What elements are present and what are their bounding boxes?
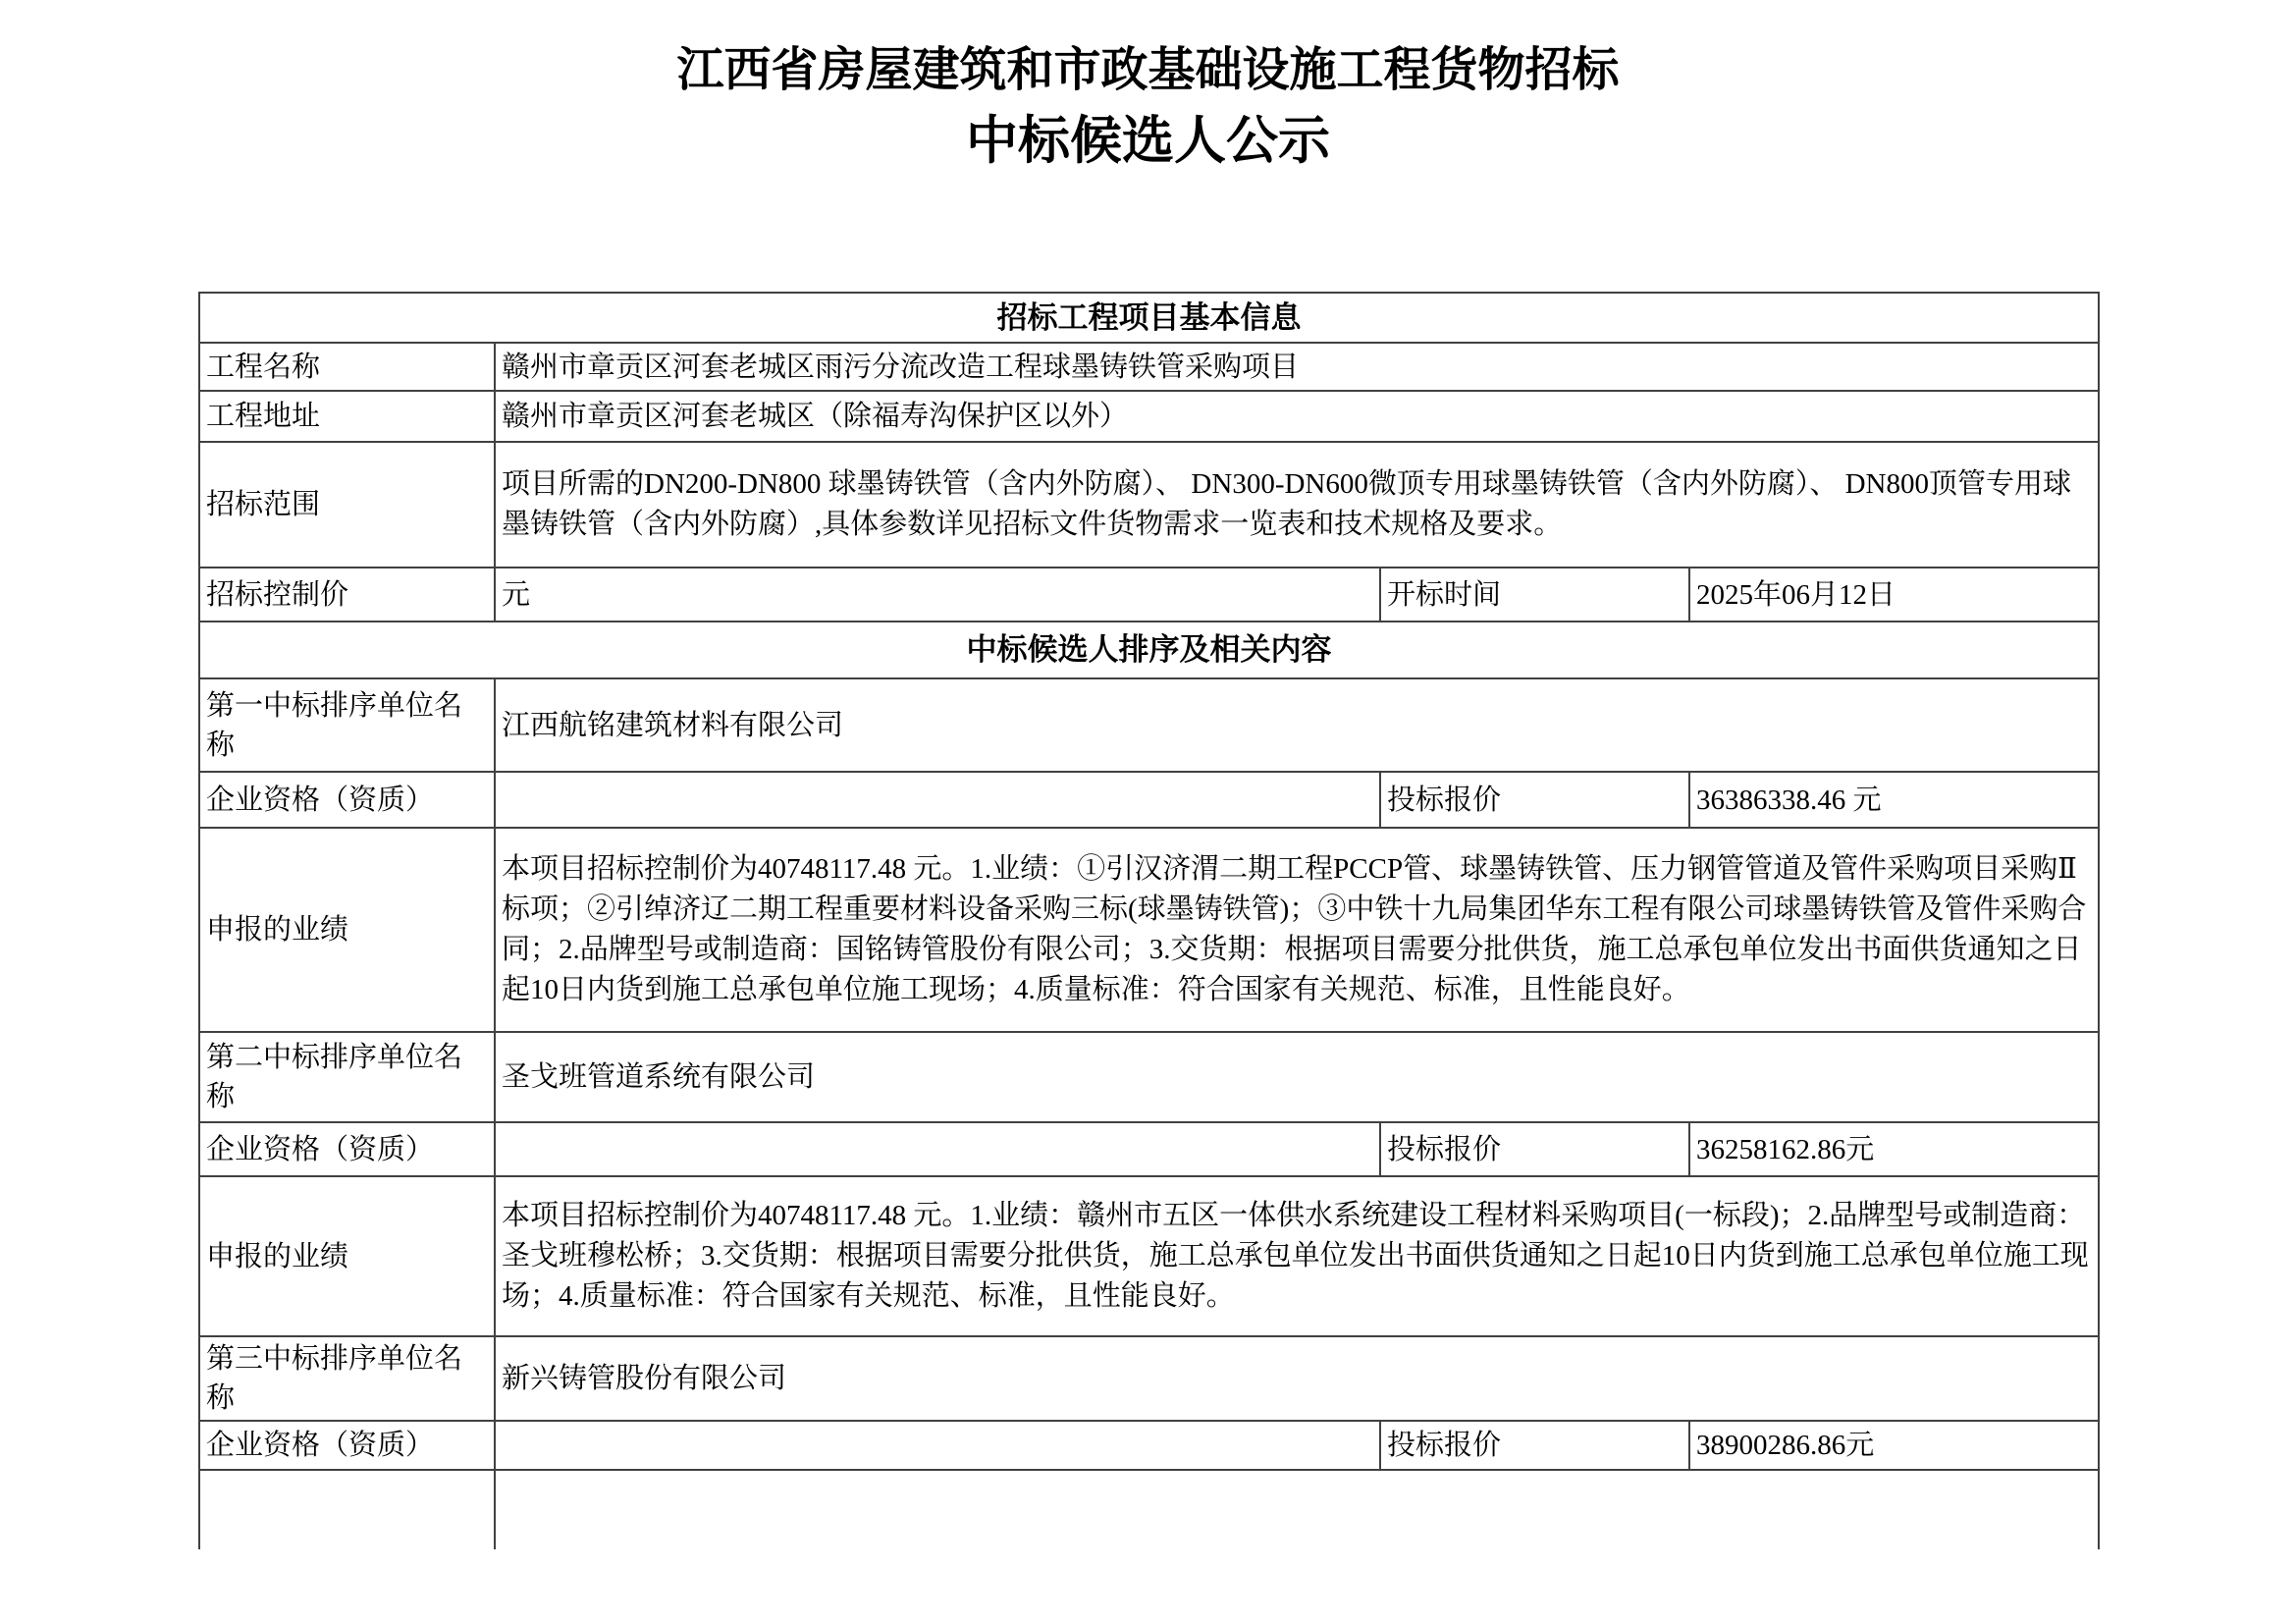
candidate3-performance-label-cutoff (199, 1470, 495, 1549)
candidate1-rank-label: 第一中标排序单位名称 (199, 678, 495, 772)
candidate3-bid-price-value: 38900286.86元 (1689, 1421, 2099, 1470)
open-time-label: 开标时间 (1380, 568, 1689, 622)
document-subtitle: 中标候选人公示 (0, 112, 2296, 171)
candidate2-performance-label: 申报的业绩 (199, 1176, 495, 1336)
candidate2-qualification-label: 企业资格（资质） (199, 1122, 495, 1176)
candidate1-qualification-value (495, 772, 1380, 828)
project-address-label: 工程地址 (199, 391, 495, 442)
candidate3-performance-value-cutoff (495, 1470, 2099, 1549)
candidate2-performance-value: 本项目招标控制价为40748117.48 元。1.业绩：赣州市五区一体供水系统建… (495, 1176, 2099, 1336)
table-row: 招标范围 项目所需的DN200-DN800 球墨铸铁管（含内外防腐）、 DN30… (199, 442, 2099, 568)
candidate3-qualification-label: 企业资格（资质） (199, 1421, 495, 1470)
bid-announcement-table: 招标工程项目基本信息 工程名称 赣州市章贡区河套老城区雨污分流改造工程球墨铸铁管… (198, 292, 2100, 1549)
table-row: 第一中标排序单位名称 江西航铭建筑材料有限公司 (199, 678, 2099, 772)
candidate1-bid-price-value: 36386338.46 元 (1689, 772, 2099, 828)
title-block: 江西省房屋建筑和市政基础设施工程货物招标 中标候选人公示 (0, 43, 2296, 171)
table-row: 招标控制价 元 开标时间 2025年06月12日 (199, 568, 2099, 622)
table-row: 申报的业绩 本项目招标控制价为40748117.48 元。1.业绩：①引汉济渭二… (199, 828, 2099, 1032)
candidate2-bid-price-label: 投标报价 (1380, 1122, 1689, 1176)
candidate1-name: 江西航铭建筑材料有限公司 (495, 678, 2099, 772)
table-row: 工程名称 赣州市章贡区河套老城区雨污分流改造工程球墨铸铁管采购项目 (199, 343, 2099, 391)
project-name-label: 工程名称 (199, 343, 495, 391)
table-row: 第三中标排序单位名称 新兴铸管股份有限公司 (199, 1336, 2099, 1421)
candidate1-performance-value: 本项目招标控制价为40748117.48 元。1.业绩：①引汉济渭二期工程PCC… (495, 828, 2099, 1032)
candidate2-rank-label: 第二中标排序单位名称 (199, 1032, 495, 1122)
open-time-value: 2025年06月12日 (1689, 568, 2099, 622)
candidate1-bid-price-label: 投标报价 (1380, 772, 1689, 828)
table-row-cutoff (199, 1470, 2099, 1549)
table-row: 第二中标排序单位名称 圣戈班管道系统有限公司 (199, 1032, 2099, 1122)
candidate1-qualification-label: 企业资格（资质） (199, 772, 495, 828)
control-price-label: 招标控制价 (199, 568, 495, 622)
candidate1-performance-label: 申报的业绩 (199, 828, 495, 1032)
table-row: 企业资格（资质） 投标报价 36258162.86元 (199, 1122, 2099, 1176)
table-row: 企业资格（资质） 投标报价 36386338.46 元 (199, 772, 2099, 828)
candidate2-qualification-value (495, 1122, 1380, 1176)
section-header-basic-info: 招标工程项目基本信息 (199, 293, 2099, 343)
table-row: 企业资格（资质） 投标报价 38900286.86元 (199, 1421, 2099, 1470)
project-name-value: 赣州市章贡区河套老城区雨污分流改造工程球墨铸铁管采购项目 (495, 343, 2099, 391)
candidate3-qualification-value (495, 1421, 1380, 1470)
candidate3-name: 新兴铸管股份有限公司 (495, 1336, 2099, 1421)
bid-scope-value: 项目所需的DN200-DN800 球墨铸铁管（含内外防腐）、 DN300-DN6… (495, 442, 2099, 568)
table-row: 中标候选人排序及相关内容 (199, 622, 2099, 678)
document-page: 江西省房屋建筑和市政基础设施工程货物招标 中标候选人公示 招标工程项目基本信息 … (0, 0, 2296, 1623)
table-row: 申报的业绩 本项目招标控制价为40748117.48 元。1.业绩：赣州市五区一… (199, 1176, 2099, 1336)
table-row: 工程地址 赣州市章贡区河套老城区（除福寿沟保护区以外） (199, 391, 2099, 442)
candidate3-rank-label: 第三中标排序单位名称 (199, 1336, 495, 1421)
control-price-value: 元 (495, 568, 1380, 622)
project-address-value: 赣州市章贡区河套老城区（除福寿沟保护区以外） (495, 391, 2099, 442)
candidate2-name: 圣戈班管道系统有限公司 (495, 1032, 2099, 1122)
candidate2-bid-price-value: 36258162.86元 (1689, 1122, 2099, 1176)
document-title: 江西省房屋建筑和市政基础设施工程货物招标 (0, 43, 2296, 98)
bid-scope-label: 招标范围 (199, 442, 495, 568)
section-header-candidates: 中标候选人排序及相关内容 (199, 622, 2099, 678)
candidate3-bid-price-label: 投标报价 (1380, 1421, 1689, 1470)
table-row: 招标工程项目基本信息 (199, 293, 2099, 343)
